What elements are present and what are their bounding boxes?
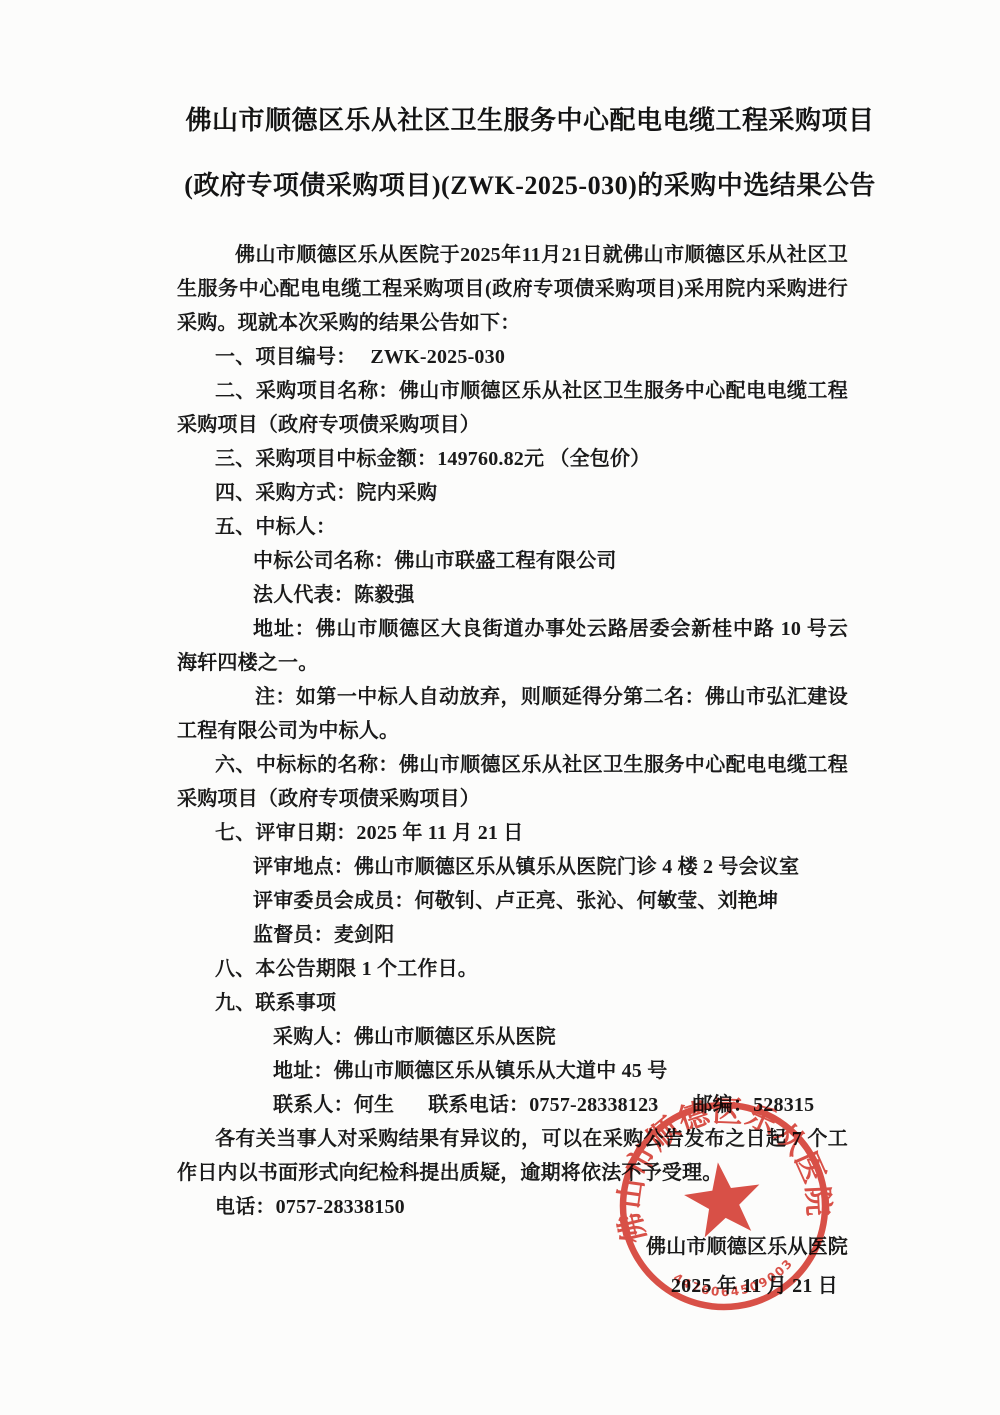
winner-company-value: 佛山市联盛工程有限公司	[394, 550, 616, 572]
intro-paragraph: 佛山市顺德区乐从医院于2025年11月21日就佛山市顺德区乐从社区卫生服务中心配…	[177, 238, 848, 340]
item-contact-heading: 九、联系事项	[177, 986, 848, 1020]
item-review-date-value: 2025 年 11 月 21 日	[356, 822, 523, 844]
item-project-name: 二、采购项目名称：佛山市顺德区乐从社区卫生服务中心配电电缆工程采购项目（政府专项…	[177, 374, 848, 442]
item-project-number-label: 一、项目编号：	[215, 346, 356, 368]
item-review-date: 七、评审日期：2025 年 11 月 21 日	[177, 816, 848, 850]
item-award-amount-value: 149760.82元 （全包价）	[437, 448, 650, 470]
review-committee-label: 评审委员会成员：	[253, 890, 415, 912]
review-location-value: 佛山市顺德区乐从镇乐从医院门诊 4 楼 2 号会议室	[354, 856, 799, 878]
contact-address-value: 佛山市顺德区乐从镇乐从大道中 45 号	[334, 1060, 668, 1082]
signature-org: 佛山市顺德区乐从医院	[177, 1228, 848, 1267]
document-content: 佛山市顺德区乐从社区卫生服务中心配电电缆工程采购项目(政府专项债采购项目)(ZW…	[0, 88, 1000, 1306]
winner-company-line: 中标公司名称：佛山市联盛工程有限公司	[177, 544, 848, 578]
winner-company-label: 中标公司名称：	[253, 550, 394, 572]
item-review-date-label: 七、评审日期：	[215, 822, 356, 844]
legal-rep-line: 法人代表：陈毅强	[177, 578, 848, 612]
page-title: 佛山市顺德区乐从社区卫生服务中心配电电缆工程采购项目(政府专项债采购项目)(ZW…	[177, 88, 883, 218]
signature-date: 2025 年 11 月 21 日	[177, 1267, 848, 1306]
item-project-number-value: ZWK-2025-030	[370, 346, 505, 368]
contact-phone-label: 联系电话：	[428, 1094, 529, 1116]
purchaser-value: 佛山市顺德区乐从医院	[354, 1026, 556, 1048]
contact-address-label: 地址：	[273, 1060, 334, 1082]
item-award-amount-label: 三、采购项目中标金额：	[215, 448, 437, 470]
winner-address-line: 地址：佛山市顺德区大良街道办事处云路居委会新桂中路 10 号云海轩四楼之一。	[177, 612, 848, 680]
item-procurement-method-label: 四、采购方式：	[215, 482, 356, 504]
review-location-label: 评审地点：	[253, 856, 354, 878]
legal-rep-value: 陈毅强	[354, 584, 415, 606]
item-project-name-label: 二、采购项目名称：	[215, 380, 399, 402]
note-line: 注：如第一中标人自动放弃，则顺延得分第二名：佛山市弘汇建设工程有限公司为中标人。	[177, 680, 848, 748]
supervisor-value: 麦剑阳	[334, 924, 395, 946]
objection-paragraph: 各有关当事人对采购结果有异议的，可以在采购公告发布之日起 7 个工作日内以书面形…	[177, 1122, 848, 1190]
item-award-name: 六、中标标的名称：佛山市顺德区乐从社区卫生服务中心配电电缆工程采购项目（政府专项…	[177, 748, 848, 816]
contact-person-line: 联系人：何生联系电话：0757-28338123邮编：528315	[177, 1088, 848, 1122]
review-committee-value: 何敬钊、卢正亮、张沁、何敏莹、刘艳坤	[415, 890, 779, 912]
postcode-value: 528315	[753, 1094, 814, 1116]
item-procurement-method-value: 院内采购	[356, 482, 437, 504]
purchaser-label: 采购人：	[273, 1026, 354, 1048]
tel-label: 电话：	[215, 1196, 276, 1218]
contact-person-value: 何生	[354, 1094, 394, 1116]
item-winner-heading: 五、中标人：	[177, 510, 848, 544]
tel-value: 0757-28338150	[276, 1196, 405, 1218]
contact-phone-value: 0757-28338123	[529, 1094, 658, 1116]
document-page: 佛山市顺德区乐从社区卫生服务中心配电电缆工程采购项目(政府专项债采购项目)(ZW…	[0, 0, 1000, 1415]
postcode-label: 邮编：	[692, 1094, 753, 1116]
purchaser-line: 采购人：佛山市顺德区乐从医院	[177, 1020, 848, 1054]
item-award-name-label: 六、中标标的名称：	[215, 754, 399, 776]
item-project-number: 一、项目编号：ZWK-2025-030	[177, 340, 848, 374]
winner-address-label: 地址：	[253, 618, 316, 640]
tel-line: 电话：0757-28338150	[177, 1190, 848, 1224]
review-committee-line: 评审委员会成员：何敬钊、卢正亮、张沁、何敏莹、刘艳坤	[177, 884, 848, 918]
contact-person-label: 联系人：	[273, 1094, 354, 1116]
item-procurement-method: 四、采购方式：院内采购	[177, 476, 848, 510]
item-award-amount: 三、采购项目中标金额：149760.82元 （全包价）	[177, 442, 848, 476]
item-notice-period: 八、本公告期限 1 个工作日。	[177, 952, 848, 986]
supervisor-label: 监督员：	[253, 924, 334, 946]
review-location-line: 评审地点：佛山市顺德区乐从镇乐从医院门诊 4 楼 2 号会议室	[177, 850, 848, 884]
contact-address-line: 地址：佛山市顺德区乐从镇乐从大道中 45 号	[177, 1054, 848, 1088]
signature-block: 佛山市顺德区乐从医院 2025 年 11 月 21 日	[177, 1228, 848, 1306]
legal-rep-label: 法人代表：	[253, 584, 354, 606]
supervisor-line: 监督员：麦剑阳	[177, 918, 848, 952]
